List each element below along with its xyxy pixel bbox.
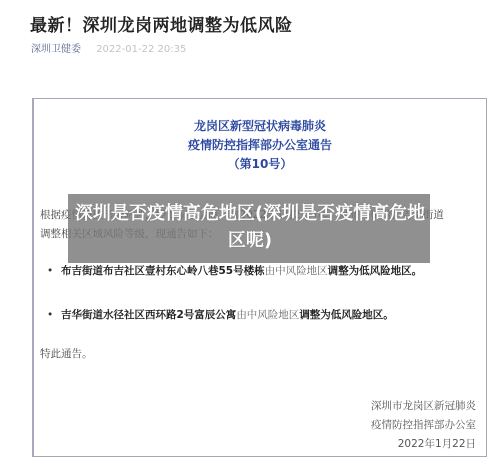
item-to: 调整为低风险地区。	[328, 265, 423, 277]
item-location: 布吉街道布吉社区壹村东心岭八巷55号楼栋	[61, 265, 265, 277]
notice-title-line-1: 龙岗区新型冠状病毒肺炎	[34, 117, 486, 136]
signature-line-1: 深圳市龙岗区新冠肺炎	[371, 397, 476, 416]
notice-items: • 布吉街道布吉社区壹村东心岭八巷55号楼栋由中风险地区调整为低风险地区。 • …	[47, 263, 480, 323]
item-from: 由中风险地区	[265, 265, 328, 277]
list-item: • 布吉街道布吉社区壹村东心岭八巷55号楼栋由中风险地区调整为低风险地区。	[47, 263, 480, 279]
item-location: 吉华街道水径社区西环路2号富辰公寓	[61, 309, 236, 321]
caption-text: 深圳是否疫情高危地区(深圳是否疫情高危地区呢)	[74, 200, 426, 254]
publish-date: 2022-01-22 20:35	[96, 44, 186, 55]
notice-title-line-2: 疫情防控指挥部办公室通告	[34, 136, 486, 155]
list-item: • 吉华街道水径社区西环路2号富辰公寓由中风险地区调整为低风险地区。	[47, 307, 480, 323]
item-from: 由中风险地区	[236, 309, 299, 321]
bullet-icon: •	[47, 263, 53, 279]
signature-date: 2022年1月22日	[371, 435, 476, 454]
article-meta: 深圳卫健委 2022-01-22 20:35	[31, 40, 186, 55]
notice-title-line-3: （第10号）	[34, 155, 486, 174]
item-to: 调整为低风险地区。	[299, 309, 394, 321]
source-link[interactable]: 深圳卫健委	[31, 44, 81, 55]
caption-overlay: 深圳是否疫情高危地区(深圳是否疫情高危地区呢)	[68, 194, 430, 263]
bullet-icon: •	[47, 307, 53, 323]
notice-title: 龙岗区新型冠状病毒肺炎 疫情防控指挥部办公室通告 （第10号）	[34, 117, 486, 174]
notice-closing: 特此通告。	[40, 346, 93, 361]
signature-line-2: 疫情防控指挥部办公室	[371, 416, 476, 435]
notice-image: 龙岗区新型冠状病毒肺炎 疫情防控指挥部办公室通告 （第10号） 根据疫情防控形势…	[32, 98, 487, 457]
notice-signature: 深圳市龙岗区新冠肺炎 疫情防控指挥部办公室 2022年1月22日	[371, 397, 476, 454]
article-headline: 最新！深圳龙岗两地调整为低风险	[30, 11, 293, 36]
